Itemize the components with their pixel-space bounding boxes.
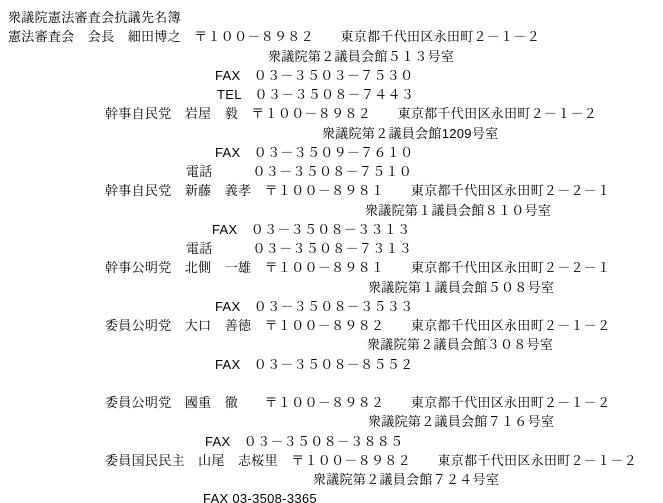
room-kitagawa: 衆議院第１議員会館５０８号室: [368, 278, 554, 297]
fax-kitagawa: FAX ０３－３５０８－３５３３: [215, 297, 413, 316]
tel-hosoda: TEL ０３－３５０８－７４４３: [217, 85, 414, 104]
room-hosoda: 衆議院第２議員会館５１３号室: [268, 47, 454, 66]
entry-secretary-komei-kitagawa: 幹事公明党 北側 一雄 〒１００－８９８１ 東京都千代田区永田町２－２－１: [105, 258, 610, 277]
fax-shindo: FAX ０３－３５０８－３３１３: [212, 220, 410, 239]
entry-secretary-ldp-shindo: 幹事自民党 新藤 義孝 〒１００－８９８１ 東京都千代田区永田町２－２－１: [105, 181, 610, 200]
entry-member-dpp-yamao: 委員国民民主 山尾 志桜里 〒１００－８９８２ 東京都千代田区永田町２－１－２: [105, 451, 637, 470]
fax-oguchi: FAX ０３－３５０８－８５５２: [215, 355, 413, 374]
room-oguchi: 衆議院第２議員会館３０８号室: [367, 335, 553, 354]
entry-secretary-ldp-iwaya: 幹事自民党 岩屋 毅 〒１００－８９８２ 東京都千代田区永田町２－１－２: [105, 104, 597, 123]
fax-kunishige: FAX ０３－３５０８－３８８５: [205, 432, 403, 451]
room-iwaya: 衆議院第２議員会館1209号室: [322, 124, 498, 143]
entry-member-komei-oguchi: 委員公明党 大口 善徳 〒１００－８９８２ 東京都千代田区永田町２－１－２: [105, 316, 610, 335]
room-yamao: 衆議院第２議員会館７２４号室: [313, 470, 499, 489]
fax-hosoda: FAX ０３－３５０３－７５３０: [215, 66, 413, 85]
entry-chairman-hosoda: 憲法審査会 会長 細田博之 〒１００－８９８２ 東京都千代田区永田町２－１－２: [8, 27, 540, 46]
room-shindo: 衆議院第１議員会館８１０号室: [365, 201, 551, 220]
doc-title: 衆議院憲法審査会抗議先名簿: [8, 8, 181, 27]
tel-shindo: 電話 ０３－３５０８－７３１３: [186, 239, 412, 258]
roster-document-page: 衆議院憲法審査会抗議先名簿憲法審査会 会長 細田博之 〒１００－８９８２ 東京都…: [0, 0, 663, 503]
fax-yamao: FAX 03-3508-3365: [203, 489, 317, 503]
entry-member-komei-kunishige: 委員公明党 國重 徹 〒１００－８９８２ 東京都千代田区永田町２－１－２: [105, 393, 610, 412]
fax-iwaya: FAX ０３－３５０９－７６１０: [215, 143, 413, 162]
tel-iwaya: 電話 ０３－３５０８－７５１０: [186, 162, 412, 181]
room-kunishige: 衆議院第２議員会館７１６号室: [368, 412, 554, 431]
